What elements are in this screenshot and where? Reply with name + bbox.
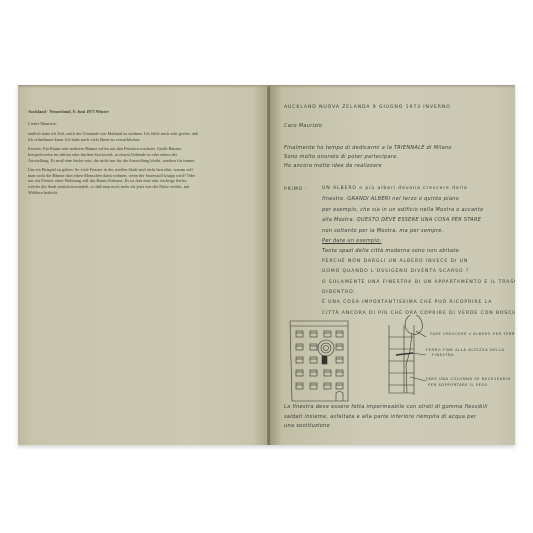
sketch-label: FARE CRESCERE L'ALBERO PER TERRA xyxy=(430,332,515,337)
closing-line: saldati insieme, asfaltata e alla parte … xyxy=(284,413,488,423)
intro-line: Ho ancora molte idee da realizzare xyxy=(284,162,452,171)
primo-line: O SOLAMENTE UNA FINESTRA DI UN APPARTAME… xyxy=(322,278,515,288)
primo-line: non soltanto per la Mostra, ma per sempr… xyxy=(322,226,515,236)
typed-paragraph: Erstens: Ein Baum oder mehrere Bäume sol… xyxy=(28,146,198,163)
handwritten-intro: Finalmente ho tempo di dedicarmi a la TR… xyxy=(284,144,452,171)
handwritten-salutation: Caro Maurizio xyxy=(284,123,322,130)
primo-line: Per dare un esempio: xyxy=(322,236,515,246)
booklet-top-edge xyxy=(18,85,515,88)
typed-letter-greeting: Lieber Maurizio, xyxy=(28,121,198,127)
sketch-label: PER SOPPORTARE IL PESO xyxy=(428,383,488,388)
handwritten-closing: La finestra deve essere fatta impermeabi… xyxy=(284,403,488,432)
sketch-label: FINESTRA xyxy=(432,353,454,358)
primo-line: È UNA COSA IMPORTANTISSIMA CHE PUÒ RICOP… xyxy=(322,298,515,308)
intro-line: Finalmente ho tempo di dedicarmi a la TR… xyxy=(284,144,452,153)
primo-line: PERCHÉ NON DARGLI UN ALBERO INVECE DI UN xyxy=(322,257,515,267)
primo-line: Tante spazi della città moderna sono non… xyxy=(322,246,515,256)
intro-line: Sono molto onorato di poter partecipare. xyxy=(284,153,452,162)
primo-line: DIDENTRO. xyxy=(322,288,515,298)
primo-line: UN ALBERO o più alberi devono crescere d… xyxy=(322,184,515,194)
primo-body: UN ALBERO o più alberi devono crescere d… xyxy=(322,184,515,319)
primo-line: per esempio, che sia in un edificio nell… xyxy=(322,205,515,215)
primo-label: PRIMO : xyxy=(284,186,308,193)
handwritten-header: AUCKLAND NUOVA ZELANDA 9 GIUGNO 1973 INV… xyxy=(284,104,451,111)
sketch-label: FARE UNA COLONNA SE NECESSARIO xyxy=(426,377,511,382)
typed-paragraph: endlich habe ich Zeit, mich der Triennal… xyxy=(28,131,198,142)
right-page: AUCKLAND NUOVA ZELANDA 9 GIUGNO 1973 INV… xyxy=(270,85,515,445)
building-tree-sketch: FARE CRESCERE L'ALBERO PER TERRA FERRO F… xyxy=(286,315,506,405)
sketch-drawing xyxy=(286,315,506,405)
closing-line: La finestra deve essere fatta impermeabi… xyxy=(284,403,488,413)
typed-paragraph: Um ein Beispiel zu geben: So viele Fenst… xyxy=(28,167,198,195)
primo-line: alla Mostra. QUESTO DEVE ESSERE UNA COSA… xyxy=(322,215,515,225)
typed-letter: Auckland · Neuseeland, 9. Juni 1973 Wint… xyxy=(28,109,198,199)
typed-letter-heading: Auckland · Neuseeland, 9. Juni 1973 Wint… xyxy=(28,109,198,115)
primo-line: finestre. GRANDI ALBERI nel terzo o quin… xyxy=(322,194,515,204)
open-booklet: Auckland · Neuseeland, 9. Juni 1973 Wint… xyxy=(18,85,515,445)
closing-line: una sostituzione xyxy=(284,422,488,432)
left-page: Auckland · Neuseeland, 9. Juni 1973 Wint… xyxy=(18,85,268,445)
primo-line: UOMO QUANDO L'OSSIGENO DIVENTA SCARSO ? xyxy=(322,267,515,277)
